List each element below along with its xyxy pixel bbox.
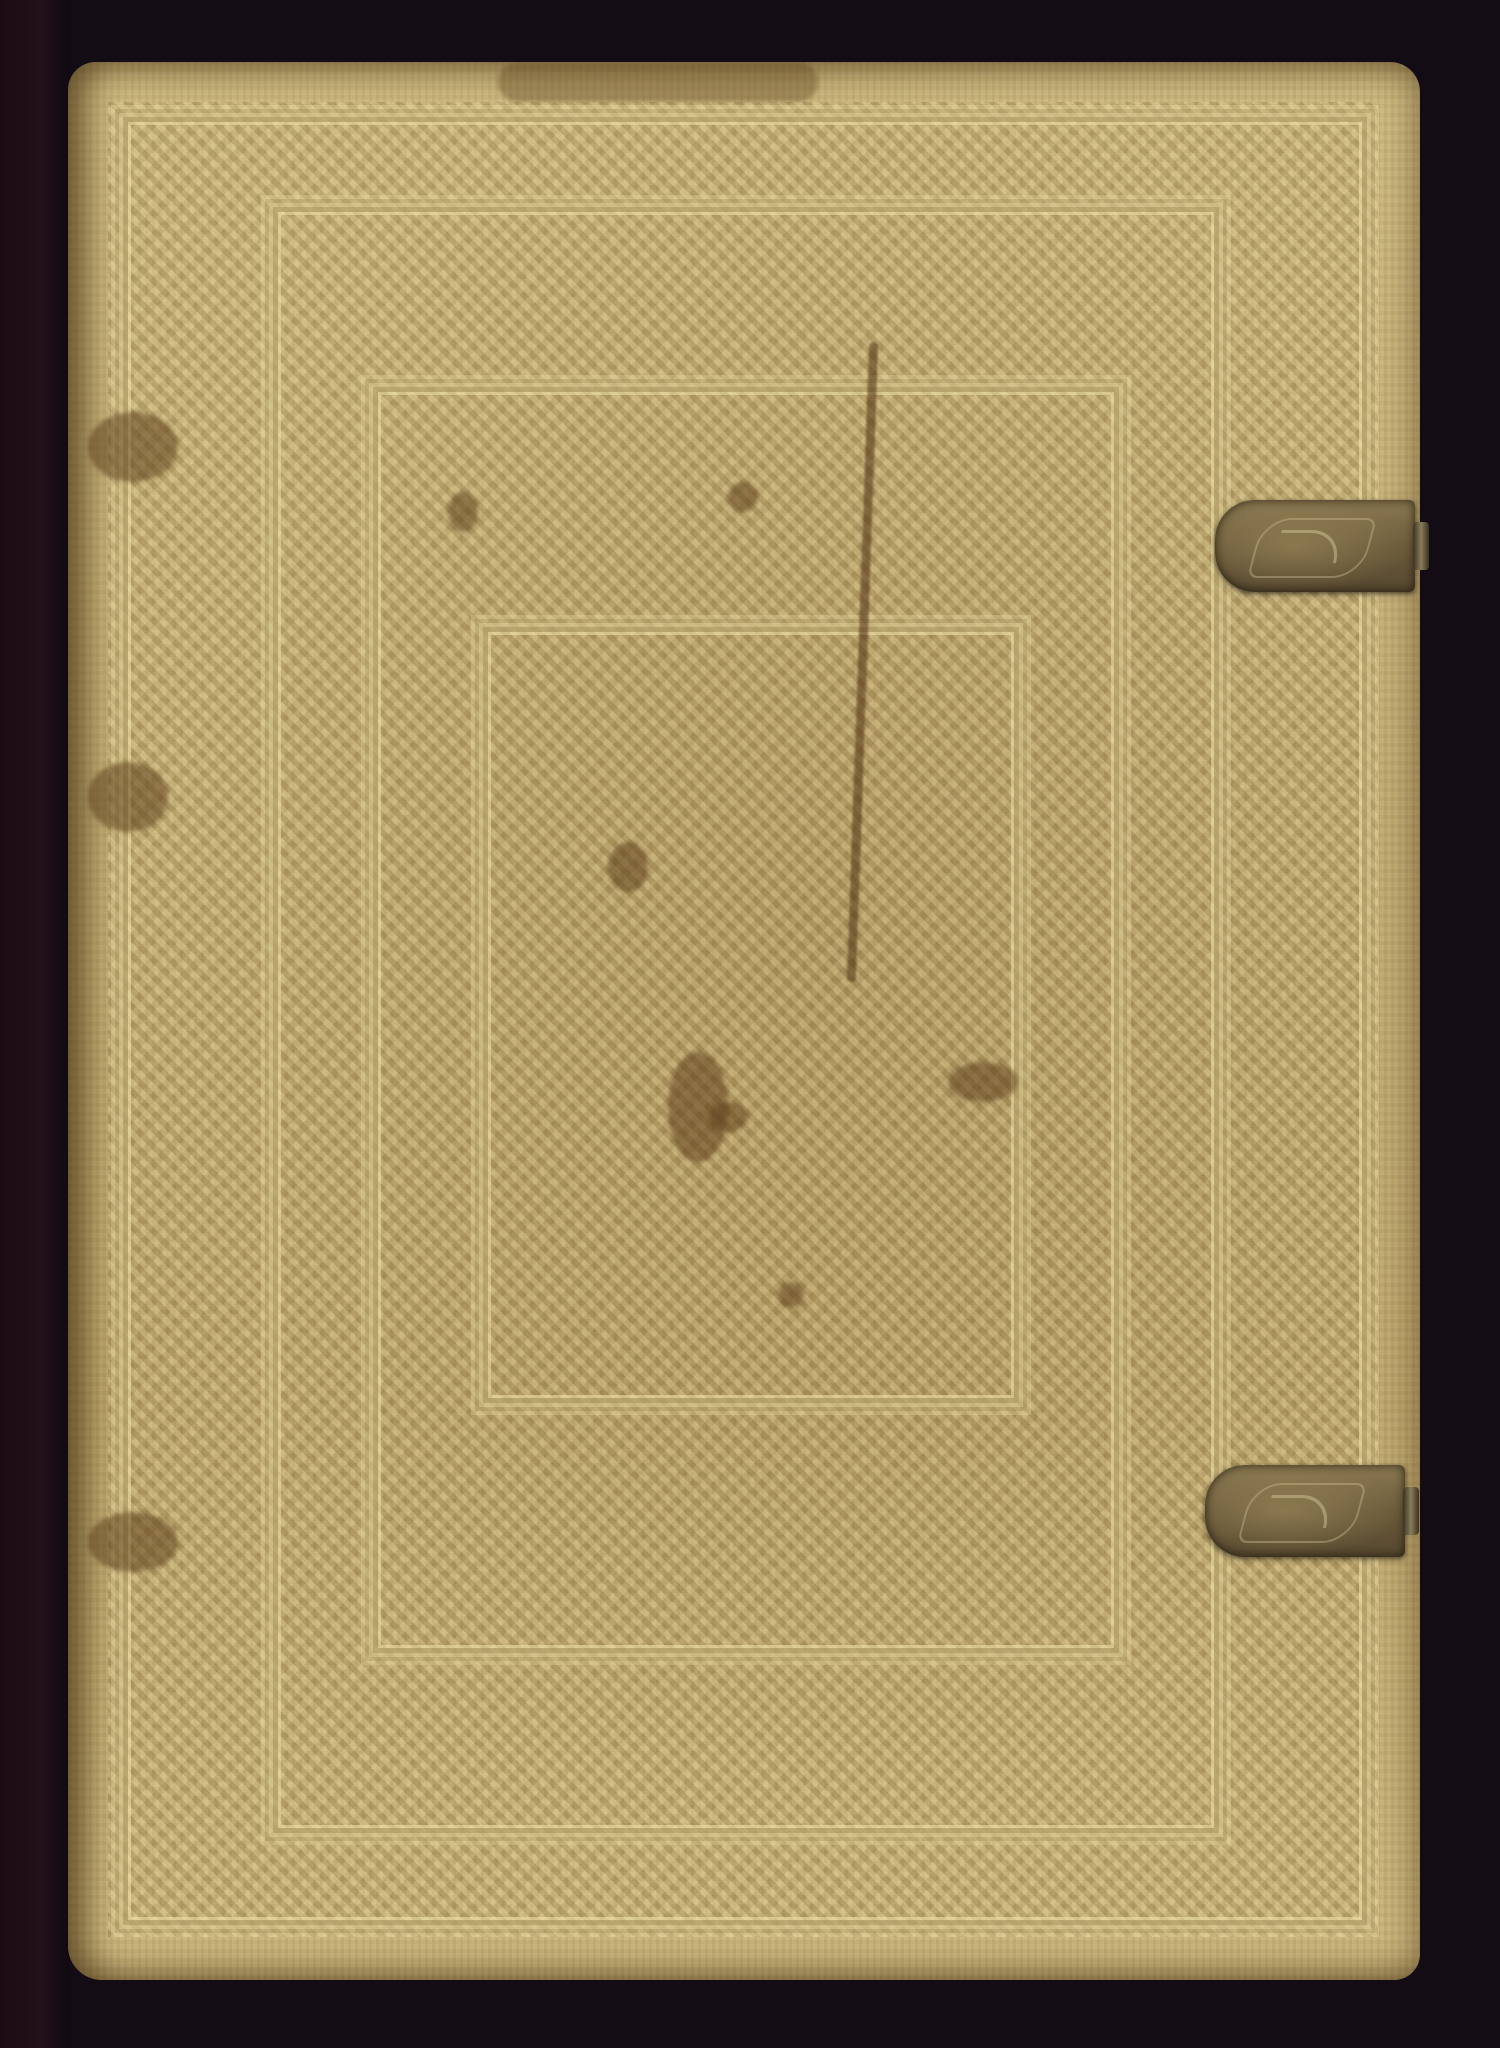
stain-spot [88,1512,178,1572]
stain-spot [728,482,758,512]
upper-clasp [1215,500,1415,592]
clasp-hinge [1403,1487,1419,1535]
stain-spot [498,62,818,102]
center-panel-frame [488,632,1014,1398]
lower-clasp [1205,1465,1405,1557]
stain-spot [608,842,648,892]
book-cover [68,62,1420,1980]
floral-ornament-icon [1237,1483,1367,1543]
stain-spot [708,1102,748,1132]
stain-spot [88,412,178,482]
stain-spot [948,1062,1018,1102]
clasp-hinge [1413,522,1429,570]
stain-spot [88,762,168,832]
stain-spot [448,492,478,532]
floral-ornament-icon [1247,518,1377,578]
stain-spot [778,1282,804,1308]
background-spine-shadow [0,0,70,2048]
